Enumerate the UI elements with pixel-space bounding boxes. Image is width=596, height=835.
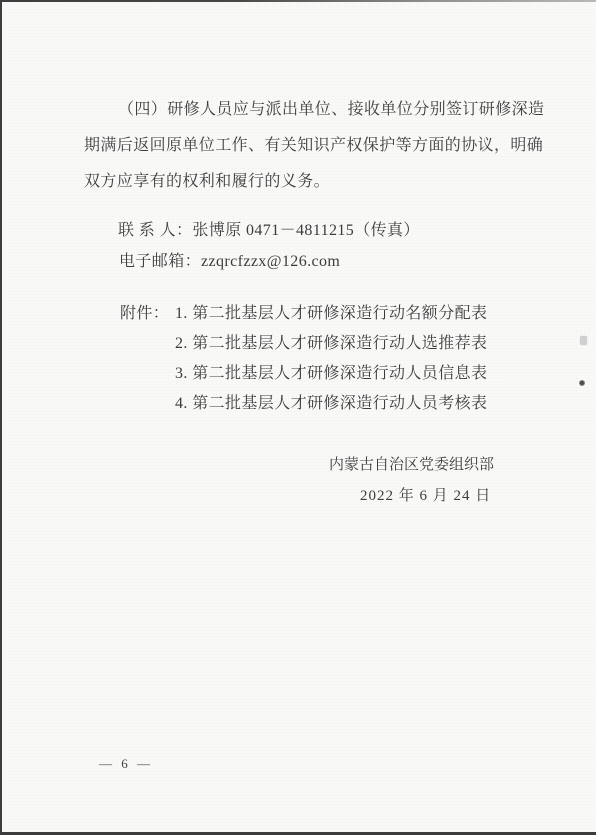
attachment-item: 4. 第二批基层人才研修深造行动人员考核表 [175,394,487,413]
paragraph-line: （四）研修人员应与派出单位、接收单位分别签订研修深造 [84,100,544,119]
scan-edge-left [0,0,2,835]
signature-date: 2022 年 6 月 24 日 [360,487,491,505]
attachment-item: 1. 第二批基层人才研修深造行动名额分配表 [175,304,487,323]
scan-artifact-dot [579,380,585,386]
signature-organization: 内蒙古自治区党委组织部 [329,456,494,474]
document-page: （四）研修人员应与派出单位、接收单位分别签订研修深造 期满后返回原单位工作、有关… [0,0,596,835]
scan-artifact-smudge [580,336,587,345]
attachment-item: 2. 第二批基层人才研修深造行动人选推荐表 [175,334,487,353]
paragraph-line: 双方应享有的权利和履行的义务。 [84,172,330,191]
contact-person-line: 联 系 人：张博原 0471－4811215（传真） [118,221,420,240]
attachment-item: 3. 第二批基层人才研修深造行动人员信息表 [175,364,487,383]
contact-email-line: 电子邮箱：zzqrcfzzx@126.com [119,252,340,271]
scan-edge-top [0,0,596,2]
page-number: — 6 — [99,756,153,772]
attachments-label: 附件： [120,304,169,323]
paragraph-line: 期满后返回原单位工作、有关知识产权保护等方面的协议，明确 [84,136,543,155]
